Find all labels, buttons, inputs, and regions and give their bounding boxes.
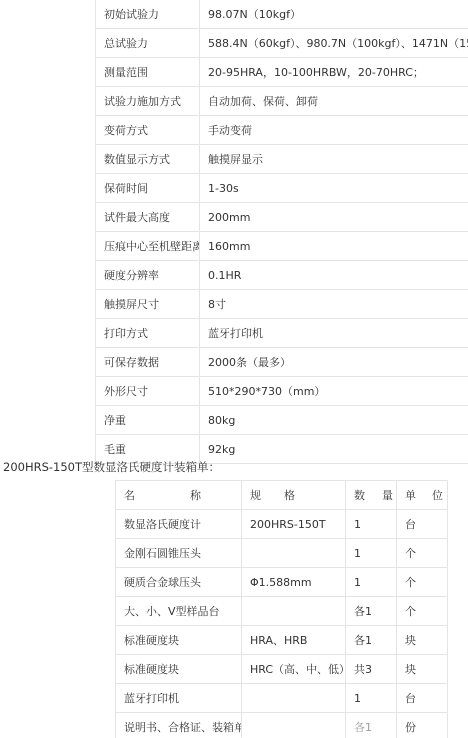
item-unit: 份 [397, 713, 448, 738]
spec-label: 总试验力 [96, 29, 200, 58]
spec-value: 蓝牙打印机 [200, 319, 468, 348]
spec-label: 试件最大高度 [96, 203, 200, 232]
spec-row: 净重80kg [96, 406, 468, 435]
item-name: 金刚石圆锥压头 [116, 539, 242, 568]
spec-value: 98.07N（10kgf） [200, 0, 468, 29]
header-name: 名称 [116, 481, 242, 510]
packing-row: 大、小、V型样品台各1个 [116, 597, 448, 626]
item-name: 硬质合金球压头 [116, 568, 242, 597]
spec-label: 初始试验力 [96, 0, 200, 29]
item-spec: HRC（高、中、低） [242, 655, 346, 684]
packing-row: 标准硬度块HRA、HRB各1块 [116, 626, 448, 655]
item-unit: 个 [397, 597, 448, 626]
spec-row: 测量范围20-95HRA，10-100HRBW，20-70HRC； [96, 58, 468, 87]
spec-label: 外形尺寸 [96, 377, 200, 406]
packing-row: 标准硬度块HRC（高、中、低）共3块 [116, 655, 448, 684]
spec-label: 净重 [96, 406, 200, 435]
header-spec: 规格 [242, 481, 346, 510]
spec-row: 初始试验力98.07N（10kgf） [96, 0, 468, 29]
item-spec: 200HRS-150T [242, 510, 346, 539]
item-name: 说明书、合格证、装箱单 [116, 713, 242, 738]
spec-row: 数值显示方式触摸屏显示 [96, 145, 468, 174]
packing-list-title: 200HRS-150T型数显洛氏硬度计装箱单： [3, 459, 220, 475]
spec-label: 试验力施加方式 [96, 87, 200, 116]
item-name: 数显洛氏硬度计 [116, 510, 242, 539]
item-unit: 台 [397, 684, 448, 713]
item-qty: 1 [346, 539, 397, 568]
spec-row: 可保存数据2000条（最多） [96, 348, 468, 377]
spec-value: 160mm [200, 232, 468, 261]
item-name: 蓝牙打印机 [116, 684, 242, 713]
spec-label: 触摸屏尺寸 [96, 290, 200, 319]
spec-label: 可保存数据 [96, 348, 200, 377]
item-unit: 块 [397, 626, 448, 655]
packing-row: 蓝牙打印机1台 [116, 684, 448, 713]
item-spec: HRA、HRB [242, 626, 346, 655]
packing-row: 说明书、合格证、装箱单各1份 [116, 713, 448, 738]
item-qty: 1 [346, 684, 397, 713]
item-qty: 各1 [346, 713, 397, 738]
item-spec [242, 713, 346, 738]
spec-value: 92kg [200, 435, 468, 464]
spec-value: 自动加荷、保荷、卸荷 [200, 87, 468, 116]
spec-label: 打印方式 [96, 319, 200, 348]
spec-row: 触摸屏尺寸8寸 [96, 290, 468, 319]
spec-value: 200mm [200, 203, 468, 232]
spec-label: 压痕中心至机壁距离 [96, 232, 200, 261]
spec-label: 数值显示方式 [96, 145, 200, 174]
item-unit: 个 [397, 568, 448, 597]
spec-value: 80kg [200, 406, 468, 435]
item-qty: 1 [346, 568, 397, 597]
spec-value: 1-30s [200, 174, 468, 203]
spec-value: 0.1HR [200, 261, 468, 290]
spec-value: 510*290*730（mm） [200, 377, 468, 406]
spec-table: 初始试验力98.07N（10kgf） 总试验力588.4N（60kgf）、980… [95, 0, 468, 464]
spec-value: 2000条（最多） [200, 348, 468, 377]
packing-list-table: 名称 规格 数量 单位 数显洛氏硬度计200HRS-150T1台 金刚石圆锥压头… [115, 480, 448, 738]
item-unit: 块 [397, 655, 448, 684]
spec-label: 测量范围 [96, 58, 200, 87]
item-spec: Φ1.588mm [242, 568, 346, 597]
item-spec [242, 539, 346, 568]
item-qty: 各1 [346, 597, 397, 626]
item-unit: 个 [397, 539, 448, 568]
spec-value: 588.4N（60kgf）、980.7N（100kgf）、1471N（150kg… [200, 29, 468, 58]
item-qty: 各1 [346, 626, 397, 655]
spec-row: 保荷时间1-30s [96, 174, 468, 203]
spec-value: 8寸 [200, 290, 468, 319]
packing-row: 硬质合金球压头Φ1.588mm1个 [116, 568, 448, 597]
packing-header-row: 名称 规格 数量 单位 [116, 481, 448, 510]
spec-row: 变荷方式手动变荷 [96, 116, 468, 145]
item-qty: 1 [346, 510, 397, 539]
item-name: 大、小、V型样品台 [116, 597, 242, 626]
spec-row: 硬度分辨率0.1HR [96, 261, 468, 290]
packing-row: 数显洛氏硬度计200HRS-150T1台 [116, 510, 448, 539]
item-spec [242, 684, 346, 713]
spec-row: 打印方式蓝牙打印机 [96, 319, 468, 348]
spec-label: 保荷时间 [96, 174, 200, 203]
spec-row: 总试验力588.4N（60kgf）、980.7N（100kgf）、1471N（1… [96, 29, 468, 58]
header-qty: 数量 [346, 481, 397, 510]
spec-value: 手动变荷 [200, 116, 468, 145]
spec-row: 试件最大高度200mm [96, 203, 468, 232]
packing-row: 金刚石圆锥压头1个 [116, 539, 448, 568]
item-name: 标准硬度块 [116, 655, 242, 684]
spec-label: 硬度分辨率 [96, 261, 200, 290]
spec-row: 试验力施加方式自动加荷、保荷、卸荷 [96, 87, 468, 116]
item-spec [242, 597, 346, 626]
header-unit: 单位 [397, 481, 448, 510]
item-qty: 共3 [346, 655, 397, 684]
item-name: 标准硬度块 [116, 626, 242, 655]
item-unit: 台 [397, 510, 448, 539]
spec-value: 20-95HRA，10-100HRBW，20-70HRC； [200, 58, 468, 87]
spec-value: 触摸屏显示 [200, 145, 468, 174]
spec-row: 外形尺寸510*290*730（mm） [96, 377, 468, 406]
spec-label: 变荷方式 [96, 116, 200, 145]
spec-row: 压痕中心至机壁距离160mm [96, 232, 468, 261]
